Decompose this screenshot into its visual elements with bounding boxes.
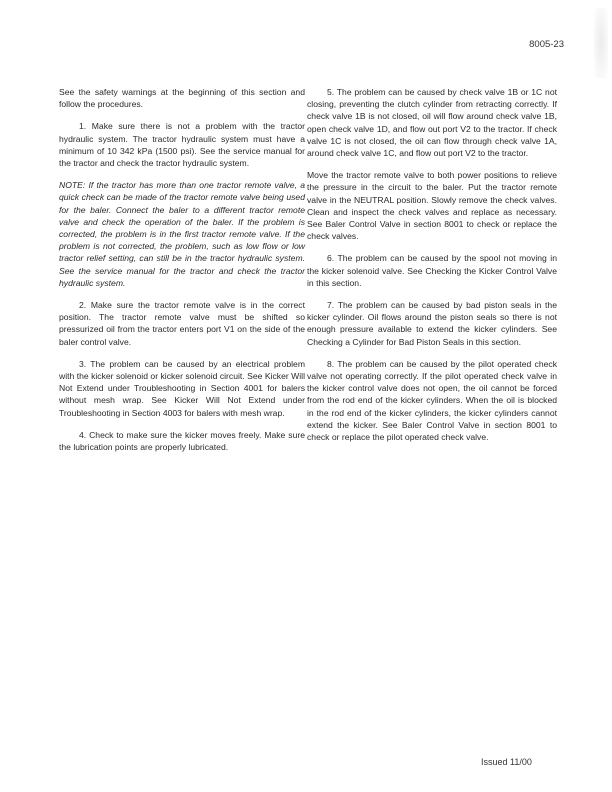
left-column: See the safety warnings at the beginning… <box>59 86 305 463</box>
issued-date: Issued 11/00 <box>481 757 532 767</box>
page-number: 8005-23 <box>529 39 564 50</box>
step-5-paragraph: 5. The problem can be caused by check va… <box>307 86 557 159</box>
step-7-paragraph: 7. The problem can be caused by bad pist… <box>307 299 557 348</box>
check-valve-procedure-paragraph: Move the tractor remote valve to both po… <box>307 169 557 242</box>
step-2-paragraph: 2. Make sure the tractor remote valve is… <box>59 299 305 348</box>
step-6-paragraph: 6. The problem can be caused by the spoo… <box>307 252 557 289</box>
step-3-paragraph: 3. The problem can be caused by an elect… <box>59 358 305 419</box>
step-8-paragraph: 8. The problem can be caused by the pilo… <box>307 358 557 443</box>
step-1-paragraph: 1. Make sure there is not a problem with… <box>59 120 305 169</box>
step-4-paragraph: 4. Check to make sure the kicker moves f… <box>59 429 305 453</box>
safety-intro-paragraph: See the safety warnings at the beginning… <box>59 86 305 110</box>
note-paragraph: NOTE: If the tractor has more than one t… <box>59 179 305 289</box>
right-column: 5. The problem can be caused by check va… <box>307 86 557 453</box>
scan-artifact <box>594 8 608 78</box>
